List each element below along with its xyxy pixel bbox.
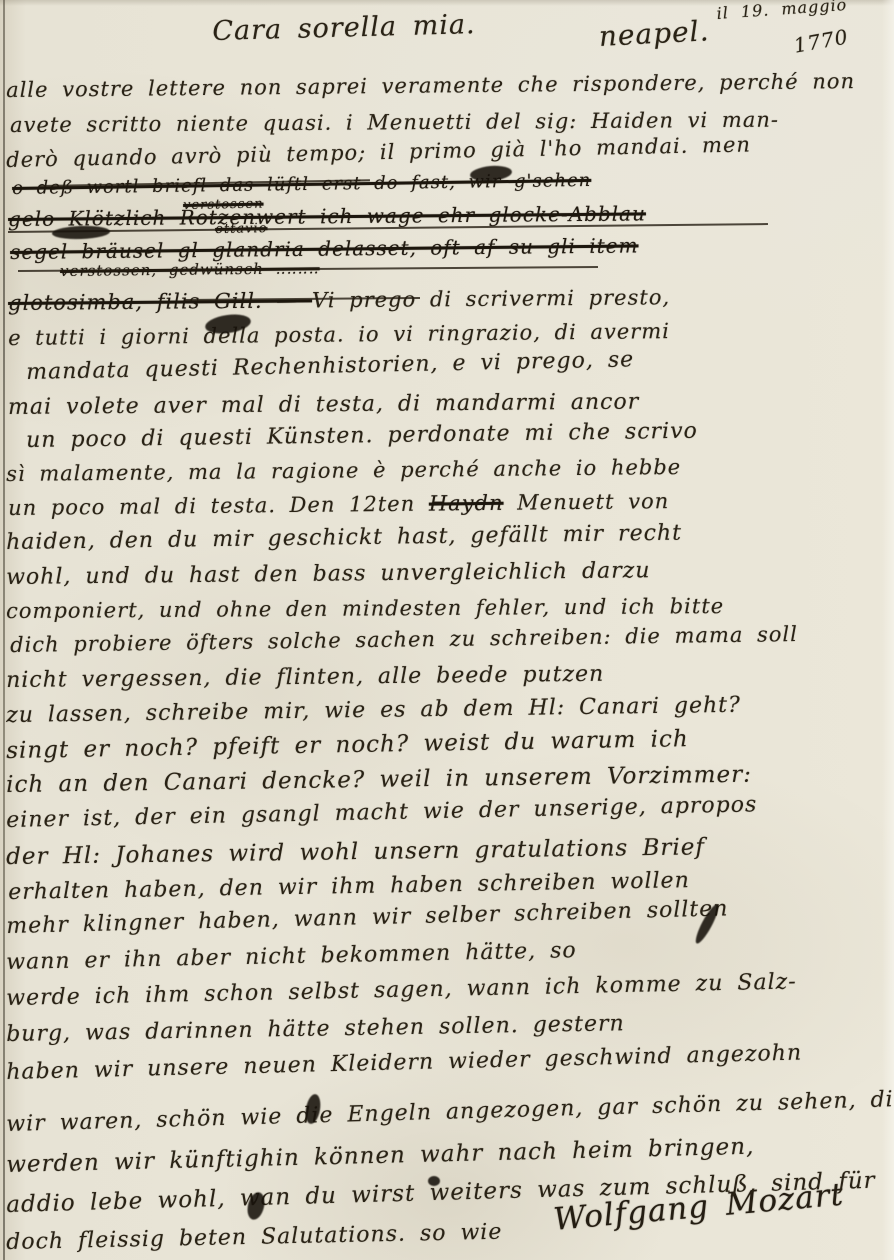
manuscript-line: un poco mal di testa. Den 12ten Haydn Me… (8, 489, 669, 520)
manuscript-line: componiert, und ohne den mindesten fehle… (6, 594, 724, 623)
manuscript-line: werde ich ihm schon selbst sagen, wann i… (6, 969, 797, 1011)
manuscript-line: burg, was darinnen hätte stehen sollen. … (6, 1011, 625, 1047)
scan-edge-right (882, 0, 894, 1260)
manuscript-line: doch fleissig beten Salutations. so wie (6, 1220, 503, 1255)
manuscript-line: wohl, und du hast den bass unvergleichli… (6, 558, 651, 590)
manuscript-line: mai volete aver mal di testa, di mandarm… (8, 389, 639, 420)
manuscript-line: sì malamente, ma la ragione è perché anc… (6, 455, 681, 486)
manuscript-page: Cara sorella mia. neapel. il 19. maggio … (0, 0, 894, 1260)
manuscript-line: werden wir künftighin können wahr nach h… (6, 1134, 755, 1178)
manuscript-line: segel bräusel gl glandria delasset, oft … (10, 233, 639, 264)
manuscript-line: haben wir unsere neuen Kleidern wieder g… (6, 1041, 802, 1085)
manuscript-line: wir waren, schön wie die Engeln angezoge… (6, 1087, 894, 1137)
manuscript-line: verstossen (183, 197, 264, 213)
dateline-year: 1770 (792, 24, 850, 57)
manuscript-line: wann er ihn aber nicht bekommen hätte, s… (6, 938, 577, 975)
manuscript-line: zu lassen, schreibe mir, wie es ab dem H… (6, 693, 741, 728)
manuscript-line: ich an den Canari dencke? weil in unsere… (6, 762, 752, 798)
manuscript-line: alle vostre lettere non saprei veramente… (6, 69, 855, 102)
manuscript-line: un poco di questi Künsten. perdonate mi … (26, 419, 698, 453)
manuscript-line: derò quando avrò più tempo; il primo già… (6, 132, 751, 172)
manuscript-line: mandata questi Rechenhistorien, e vi pre… (26, 347, 634, 385)
salutation: Cara sorella mia. (212, 9, 476, 47)
manuscript-line: dich probiere öfters solche sachen zu sc… (10, 622, 798, 657)
dateline-date: il 19. maggio (716, 0, 848, 23)
manuscript-line: nicht vergessen, die flinten, alle beede… (6, 662, 604, 693)
manuscript-line: avete scritto niente quasi. i Menuetti d… (10, 108, 779, 137)
manuscript-line: glotosimba, filis Gill. — Vi prego di sc… (8, 285, 670, 315)
manuscript-line: einer ist, der ein gsangl macht wie der … (6, 792, 758, 833)
ink-blot (428, 1176, 440, 1186)
manuscript-line: haiden, den du mir geschickt hast, gefäl… (6, 521, 682, 555)
manuscript-line: singt er noch? pfeift er noch? weist du … (6, 726, 689, 764)
dateline-place: neapel. (598, 14, 710, 53)
manuscript-line: e tutti i giorni della posta. io vi ring… (8, 319, 670, 350)
scan-edge-left (3, 0, 5, 1260)
manuscript-line: der Hl: Johanes wird wohl unsern gratula… (6, 834, 705, 870)
